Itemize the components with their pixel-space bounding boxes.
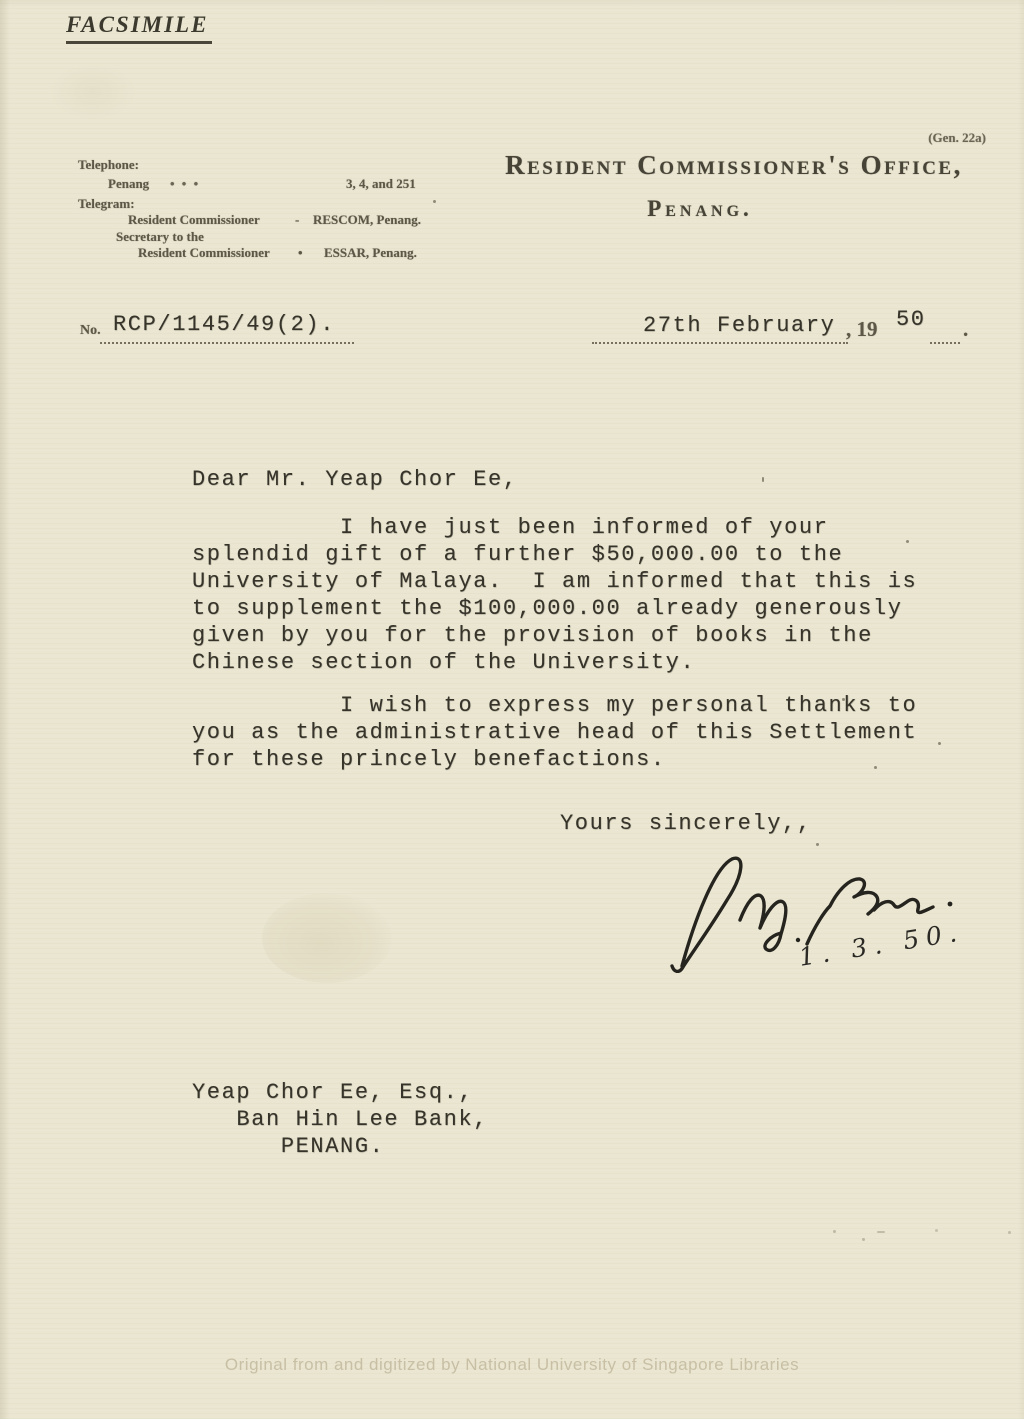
scan-speck <box>816 843 819 846</box>
paper-stain <box>48 62 138 122</box>
scan-speck <box>1008 1231 1011 1234</box>
scan-speck <box>833 1230 836 1233</box>
facsimile-stamp: FACSIMILE <box>66 12 212 44</box>
date-year-suffix: 50 <box>896 306 926 333</box>
telegram1-value: RESCOM, Penang. <box>313 212 421 228</box>
salutation: Dear Mr. Yeap Chor Ee, <box>192 466 518 493</box>
office-name: Resident Commissioner's Office, <box>488 150 980 181</box>
telegram2-name-line1: Secretary to the <box>116 229 204 245</box>
scan-speck <box>433 200 436 203</box>
office-city: Penang. <box>488 196 912 222</box>
body-paragraph-1: I have just been informed of your splend… <box>192 514 917 676</box>
closing: Yours sincerely,, <box>560 810 812 837</box>
telegram2-value: ESSAR, Penang. <box>324 245 417 261</box>
telegram1-separator: - <box>295 212 299 228</box>
scan-speck <box>842 698 845 701</box>
telephone-value: 3, 4, and 251 <box>346 176 416 192</box>
scan-speck <box>938 742 941 745</box>
reference-label: No. <box>80 323 101 339</box>
date-day-month: 27th February <box>643 312 835 339</box>
scan-speck <box>877 1231 885 1233</box>
scan-speck <box>906 540 909 543</box>
telegram2-separator: • <box>298 245 303 261</box>
paper-stain <box>262 893 392 983</box>
body-paragraph-2: I wish to express my personal thanks to … <box>192 692 917 773</box>
scan-speck <box>935 1229 938 1232</box>
digitization-footer: Original from and digitized by National … <box>0 1355 1024 1375</box>
reference-dotted-line <box>100 342 354 344</box>
telegram2-name-line2: Resident Commissioner <box>138 245 270 261</box>
scan-speck <box>762 477 764 482</box>
date-dotted-line <box>592 342 848 344</box>
date-printed-year-prefix: , 19 <box>846 317 878 342</box>
date-trailing-period: . <box>963 317 968 342</box>
reference-number: RCP/1145/49(2). <box>113 311 335 338</box>
telephone-name: Penang <box>108 176 149 192</box>
scan-speck <box>862 1238 865 1241</box>
telegram-label: Telegram: <box>78 196 135 212</box>
recipient-address: Yeap Chor Ee, Esq., Ban Hin Lee Bank, PE… <box>192 1079 488 1160</box>
form-number: (Gen. 22a) <box>928 130 986 146</box>
date-dotted-line-end <box>930 342 960 344</box>
telephone-dots: • • • <box>170 176 200 192</box>
scan-speck <box>874 766 877 769</box>
telegram1-name: Resident Commissioner <box>128 212 260 228</box>
telephone-label: Telephone: <box>78 157 139 173</box>
